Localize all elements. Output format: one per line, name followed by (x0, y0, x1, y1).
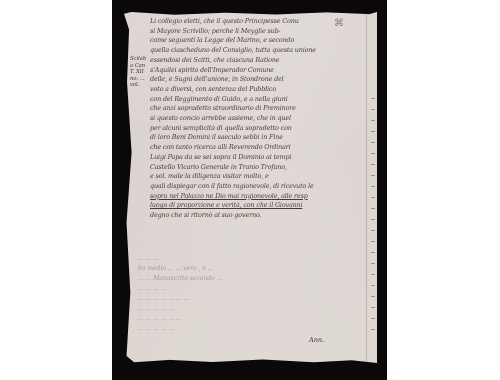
text-line: per alcuni semplicità di quella sopradet… (150, 124, 372, 134)
text-line: Luigi Papa da se sei sopra il Dominio ai… (150, 153, 372, 163)
margin-note-line: Scilab (130, 56, 152, 63)
faint-line: ... ... ... ... ... ... (138, 314, 358, 324)
signature: Ann. (309, 336, 324, 344)
text-line-underlined: sopra nel Palazzo ne Dio mai ragionevole… (150, 192, 372, 202)
margin-note-line: no. ... (130, 76, 152, 83)
handwritten-body-text: Li collegio eletti, che il questo Princi… (150, 17, 372, 221)
text-line: quella ciascheduno del Consiglio, tutta … (150, 46, 372, 56)
text-line: quali dispiegar con il fatto ragionevole… (150, 182, 372, 192)
faint-line: ... ... Manuscrito secondo ... (138, 274, 358, 284)
faint-line: ... ... ... (138, 254, 358, 264)
margin-note: Scilab a Can T. XII no. ... vol. (130, 56, 152, 89)
text-line: essendosi dei Scitti, che ciascuna Ratio… (150, 56, 372, 66)
faint-line: ho medio ... ... vero , e ... (138, 264, 358, 274)
margin-note-line: vol. (130, 82, 152, 89)
text-line: di loro Beni Domini il saeculo sebbi in … (150, 133, 372, 143)
text-line: che con tanto ricerca alli Reverendo Ord… (150, 143, 372, 153)
text-line-underlined: luogo di proporzione e verità, con che i… (150, 201, 372, 211)
faint-line: ... ... ... ... ... (138, 304, 358, 314)
text-line: degno che si ritornò al suo governo. (150, 211, 372, 221)
text-line: Castello Vicario Generale in Tranio Trof… (150, 163, 372, 173)
margin-note-line: T. XII (130, 69, 152, 76)
text-line: che anzi sopradetto straordinario di Pre… (150, 104, 372, 114)
bleed-through-text: ... ... ... ho medio ... ... vero , e ..… (138, 254, 358, 334)
text-line: e sol. male la diligenza visitar molto, … (150, 172, 372, 182)
manuscript-page: ⌘ Scilab a Can T. XII no. ... vol. Li co… (124, 12, 377, 363)
faint-line: ... ... ... ... (138, 284, 358, 294)
margin-note-line: a Can (130, 63, 152, 70)
text-line: Li collegio eletti, che il questo Princi… (150, 17, 372, 27)
text-line: come seguenti la Legge del Marino, e sec… (150, 36, 372, 46)
text-line: con del Reggimento di Guido, e a nella g… (150, 95, 372, 105)
text-line: delle, e Sugni dell'unione, in Stondrone… (150, 75, 372, 85)
text-line: si questo concio arrebbe assieme, che in… (150, 114, 372, 124)
text-line: voto a diversi, con sentenza del Pubblic… (150, 85, 372, 95)
faint-line: ... ... ... ... ... (138, 324, 358, 334)
text-line: si Mayore Scrivilio; perche li Meyglie s… (150, 27, 372, 37)
faint-line: ... ... ... ... ... ... ... (138, 294, 358, 304)
text-line: s'Aquilei spirito dell'Imperador Comune (150, 66, 372, 76)
